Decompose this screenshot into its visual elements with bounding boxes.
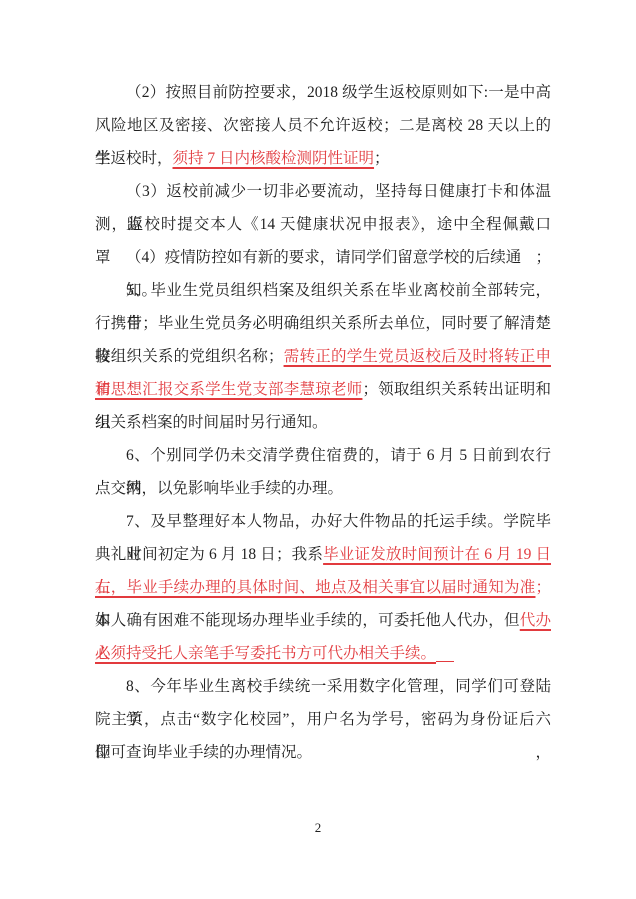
- highlighted-text-run: 须持 7 日内核酸检测阴性证明: [173, 150, 375, 167]
- text-line: 风险地区及密接、次密接人员不允许返校；二是离校 28 天以上的学: [95, 109, 551, 142]
- text-line: 右，毕业手续办理的具体时间、地点及相关事宜以届时通知为准；如: [95, 571, 551, 604]
- text-run: 点交纳，以免影响毕业手续的办理。: [95, 480, 343, 497]
- page-number: 2: [0, 820, 636, 836]
- text-run: 生返校时，: [95, 150, 173, 167]
- highlighted-text-run: ；: [535, 579, 551, 596]
- underline-extension: [436, 660, 454, 662]
- text-line: 行携带；毕业生党员务必明确组织关系所去单位，同时要了解清楚接: [95, 307, 551, 340]
- text-line: 生返校时，须持 7 日内核酸检测阴性证明；: [95, 142, 551, 175]
- text-line: 院主页，点击“数字化校园”，用户名为学号，密码为身份证后六位，: [95, 703, 551, 736]
- text-line: 典礼时间初定为 6 月 18 日；我系毕业证发放时间预计在 6 月 19 日左: [95, 538, 551, 571]
- text-line: 和思想汇报交系学生党支部李慧琼老师；领取组织关系转出证明和组: [95, 373, 551, 406]
- text-line: 7、及早整理好本人物品，办好大件物品的托运手续。学院毕业: [95, 505, 551, 538]
- highlighted-text-run: 必须持受托人亲笔手写委托书方可代办相关手续。: [95, 645, 436, 662]
- text-line: 5、毕业生党员组织档案及组织关系在毕业离校前全部转完，自: [95, 274, 551, 307]
- text-run: 本人确有困难不能现场办理毕业手续的，可委托他人代办，但: [95, 612, 520, 629]
- text-line: 本人确有困难不能现场办理毕业手续的，可委托他人代办，但代办人: [95, 604, 551, 637]
- text-line: 必须持受托人亲笔手写委托书方可代办相关手续。: [95, 637, 551, 670]
- document-body: （2）按照目前防控要求，2018 级学生返校原则如下:一是中高风险地区及密接、次…: [95, 76, 551, 769]
- text-line: 点交纳，以免影响毕业手续的办理。: [95, 472, 551, 505]
- text-line: 织关系档案的时间届时另行通知。: [95, 406, 551, 439]
- text-line: 6、个别同学仍未交清学费住宿费的，请于 6 月 5 日前到农行网: [95, 439, 551, 472]
- text-line: （4）疫情防控如有新的要求，请同学们留意学校的后续通知。: [95, 241, 551, 274]
- text-run: 即可查询毕业手续的办理情况。: [95, 744, 312, 761]
- text-run: 织关系档案的时间届时另行通知。: [95, 414, 328, 431]
- text-line: 收组织关系的党组织名称；需转正的学生党员返校后及时将转正申请: [95, 340, 551, 373]
- highlighted-text-run: 右，毕业手续办理的具体时间、地点及相关事宜以届时通知为准: [95, 579, 535, 596]
- text-line: 测，返校时提交本人《14 天健康状况申报表》，途中全程佩戴口罩；: [95, 208, 551, 241]
- text-line: （2）按照目前防控要求，2018 级学生返校原则如下:一是中高: [95, 76, 551, 109]
- text-line: （3）返校前减少一切非必要流动，坚持每日健康打卡和体温监: [95, 175, 551, 208]
- text-run: ；: [374, 150, 390, 167]
- text-run: 收组织关系的党组织名称；: [95, 348, 284, 365]
- text-run: （2）按照目前防控要求，2018 级学生返校原则如下:一是中高: [126, 84, 551, 101]
- text-line: 8、今年毕业生离校手续统一采用数字化管理，同学们可登陆学: [95, 670, 551, 703]
- document-page: （2）按照目前防控要求，2018 级学生返校原则如下:一是中高风险地区及密接、次…: [0, 0, 636, 899]
- highlighted-text-run: 和思想汇报交系学生党支部李慧琼老师: [95, 381, 362, 398]
- text-run: 典礼时间初定为 6 月 18 日；我系: [95, 546, 323, 563]
